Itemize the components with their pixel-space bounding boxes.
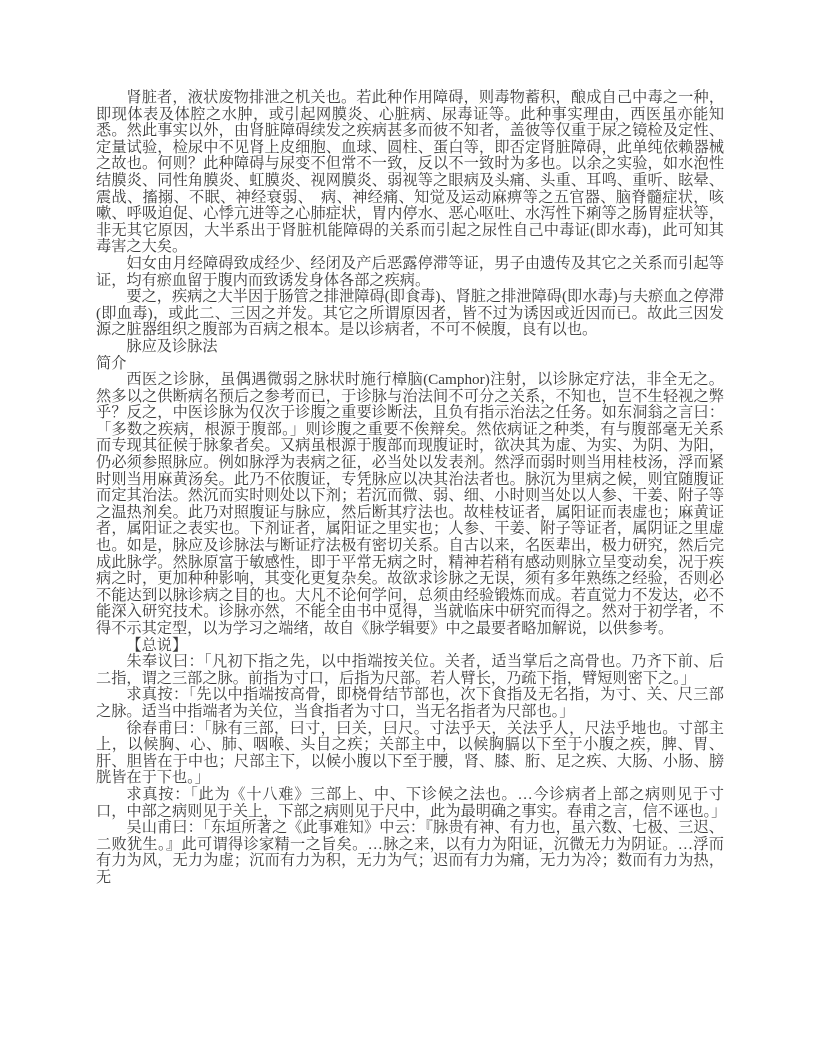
paragraph-three-causes: 要之，疾病之大半因于肠管之排泄障碍(即食毒)、肾脏之排泄障碍(即水毒)与夫瘀血之…: [96, 289, 724, 339]
paragraph-qiuzhen-note-2: 求真按：「此为《十八难》三部上、中、下诊候之法也。…今诊病者上部之病则见于寸口，…: [96, 787, 724, 820]
heading-general-summary: 【总说】: [96, 638, 724, 655]
paragraph-wu-shanfu: 吴山甫曰：「东垣所著之《此事难知》中云：『脉贵有神、有力也，虽六数、七极、三迟、…: [96, 820, 724, 886]
paragraph-women-blood-stasis: 妇女由月经障碍致成经少、经闭及产后恶露停滞等证，男子由遗传及其它之关系而引起等证…: [96, 256, 724, 289]
paragraph-pulse-discussion: 西医之诊脉，虽偶遇微弱之脉状时施行樟脑(Camphor)注射，以诊脉定疗法，非全…: [96, 372, 724, 638]
paragraph-zhu-fengyi: 朱奉议曰：「凡初下指之先，以中指端按关位。关者，适当掌后之高骨也。乃齐下前、后二…: [96, 654, 724, 687]
heading-pulse-methods: 脉应及诊脉法: [96, 339, 724, 356]
paragraph-xu-chunfu: 徐春甫曰：「脉有三部，曰寸，曰关，曰尺。寸法乎天，关法乎人，尺法乎地也。寸部主上…: [96, 721, 724, 787]
document-page: 肾脏者，液状废物排泄之机关也。若此种作用障碍，则毒物蓄积，酿成自己中毒之一种，即…: [96, 90, 724, 887]
paragraph-kidney-intro: 肾脏者，液状废物排泄之机关也。若此种作用障碍，则毒物蓄积，酿成自己中毒之一种，即…: [96, 90, 724, 256]
heading-intro: 简介: [96, 356, 724, 373]
document-canvas: { "page": { "background_color": "#ffffff…: [0, 0, 816, 1056]
paragraph-qiuzhen-note-1: 求真按：「先以中指端按高骨，即桡骨结节部也，次下食指及无名指，为寸、关、尺三部之…: [96, 687, 724, 720]
